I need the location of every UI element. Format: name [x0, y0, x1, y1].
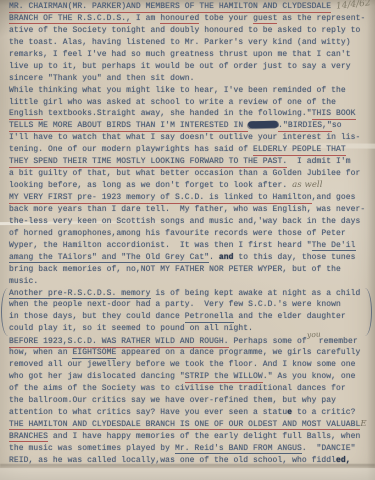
typed-text: . — [209, 253, 219, 262]
document-line: tening. One of our modern playwrights ha… — [9, 144, 372, 156]
typed-text: . "DANCIE" — [302, 444, 356, 453]
typed-text: a bit guilty of that, but what better oc… — [9, 169, 360, 178]
document-line: Wyper, the Hamilton accordionist. It was… — [9, 240, 372, 252]
typed-text: and I have happy memories of the early d… — [48, 432, 360, 441]
document-line: a bit guilty of that, but what better oc… — [9, 168, 372, 180]
document-line: BEFORE 1923,S.C.D. WAS RATHER WILD AND R… — [9, 335, 372, 347]
ink-underlined-text: amang the TAilors" and "The Old Grey Cat… — [9, 253, 209, 264]
ink-blot-icon — [248, 121, 278, 129]
red-underlined-text: THEY SPEND THEIR TIME MOSTLY LOOKING FOR… — [9, 157, 287, 168]
red-underlined-text: English — [9, 109, 43, 120]
typed-text: Perhaps some of — [229, 337, 307, 346]
typed-text: who got her jaw dislocated dancing " — [9, 372, 185, 381]
typed-text: tobe your — [199, 14, 253, 23]
typed-text: live up to it, but perhaps it would be o… — [9, 62, 351, 71]
red-underlined-text: ."BIRDIES," — [278, 121, 332, 132]
document-line: how, when an EIGHTSOME appeared on a dan… — [9, 347, 372, 359]
ink-underlined-text: Another pre-R.S.C.D.S. memory — [9, 289, 151, 300]
red-underlined-text: THIS BOOK — [312, 109, 356, 120]
typed-text: ative of the Society tonight and doubly … — [9, 26, 360, 35]
typed-text: when the people next-door had a party. V… — [9, 300, 341, 309]
ink-underlined-text: Petronella — [185, 312, 234, 323]
document-line: MR. CHAIRMAN(MR. PARKER)AND MEMBERS OF T… — [9, 1, 372, 13]
ink-underlined-text: The De'il — [312, 241, 356, 252]
document-line: in those days, but they could dance Petr… — [9, 311, 372, 323]
typed-text: attention to what critics say? Have you … — [9, 408, 287, 417]
document-line: of horned gramophones,among his favourit… — [9, 228, 372, 240]
red-underlined-text: BRANCH OF THE R.S.C.D.S., — [9, 14, 131, 25]
typed-text: ,and goes — [312, 193, 356, 202]
red-underlined-text: BEFORE 1923,S.C.D. WAS RATHER WILD AND R… — [9, 337, 229, 348]
red-underlined-text: BRANCHES — [9, 432, 48, 443]
document-line: the ballroom.Our critics say we have ove… — [9, 395, 372, 407]
document-line: MY VERY FIRST pre- 1923 memory of S.C.D.… — [9, 192, 372, 204]
red-underlined-text: TELLS ME MORE ABOUT BIRDS THAN I'M INTER… — [9, 121, 248, 132]
typed-text: the music was sometimes played by — [9, 444, 175, 453]
document-line: live up to it, but perhaps it would be o… — [9, 61, 372, 73]
document-line: ative of the Society tonight and doubly … — [9, 25, 372, 37]
document-line: looking before, as long as we don't forg… — [9, 180, 372, 192]
document-line: amang the TAilors" and "The Old Grey Cat… — [9, 252, 372, 264]
overstruck-bold-text: and — [219, 253, 234, 262]
red-underlined-text: MR. CHAIRMAN(MR. PARKER)AND MEMBERS OF T… — [9, 2, 331, 13]
document-line: of the aims of the Society was to civili… — [9, 383, 372, 395]
typed-text: and the elder daughter — [234, 312, 346, 321]
document-line: sincere "Thank you" and then sit down. — [9, 73, 372, 85]
typed-text: the toast. Alas, having listened to Mr. … — [9, 38, 351, 47]
red-underlined-text: STRIP the WILLOW — [185, 372, 263, 383]
typed-text: could play it, so it seemed to pound on … — [9, 324, 253, 333]
red-underlined-text: THE HAMILTON AND CLYDESDALE BRANCH IS ON… — [9, 420, 360, 431]
typed-text: back more years than I dare tell. My fat… — [9, 205, 365, 214]
typed-text: remarks, I feel I've had so much greatne… — [9, 50, 351, 59]
typed-text: Wyper, the Hamilton accordionist. It was… — [9, 241, 312, 250]
handwritten-parenthesis-left-icon — [1, 288, 11, 336]
document-line: attention to what critics say? Have you … — [9, 407, 372, 419]
handwritten-note: as well — [292, 180, 322, 190]
typed-text: music. — [9, 277, 38, 286]
typed-text: removed all our jewellery before we took… — [9, 360, 356, 369]
bottom-paper-strip — [0, 468, 375, 480]
document-line: music. — [9, 276, 372, 288]
ink-underlined-text: Mr. Reid's BAND FROM ANGUS — [175, 444, 302, 455]
document-line: the toast. Alas, having listened to Mr. … — [9, 37, 372, 49]
document-line: BRANCH OF THE R.S.C.D.S., I am honoured … — [9, 13, 372, 25]
red-underlined-text: guest — [253, 14, 277, 25]
typed-text: sincere "Thank you" and then sit down. — [9, 74, 194, 83]
document-line: when the people next-door had a party. V… — [9, 299, 372, 311]
document-line: THE HAMILTON AND CLYDESDALE BRANCH IS ON… — [9, 419, 372, 431]
typed-text: of the aims of the Society was to civili… — [9, 384, 346, 393]
typed-text: tening. One of our modern playwrights ha… — [9, 145, 253, 154]
typed-text: bring back memories of, no,NOT MY FATHER… — [9, 265, 341, 274]
typed-text: textbooks.Straight away, she handed in t… — [43, 109, 311, 118]
ink-underlined-text: EIGHTSOME — [72, 348, 116, 359]
red-underlined-text: MY VERY FIRST pre- 1923 memory of S.C.D.… — [9, 193, 312, 204]
typed-text: the-less very keen on Scottish songs and… — [9, 217, 360, 226]
typed-text: I admit I'm — [287, 157, 350, 166]
typed-text: I am — [131, 14, 160, 23]
typed-text: to a critic? — [292, 408, 355, 417]
document-line: English textbooks.Straight away, she han… — [9, 108, 372, 120]
typed-text: as the represent- — [277, 14, 365, 23]
typed-text: ." As you know, one — [263, 372, 356, 381]
document-line: the music was sometimes played by Mr. Re… — [9, 443, 372, 455]
document-line: I'll have to watch that what I say doesn… — [9, 132, 372, 144]
document-line: TELLS ME MORE ABOUT BIRDS THAN I'M INTER… — [9, 120, 372, 132]
handwritten-note: E — [360, 419, 366, 429]
document-line: removed all our jewellery before we took… — [9, 359, 372, 371]
red-underlined-text: honoured — [160, 14, 199, 25]
typed-text: how, when an — [9, 348, 72, 357]
document-line: who got her jaw dislocated dancing "STRI… — [9, 371, 372, 383]
document-line: back more years than I dare tell. My fat… — [9, 204, 372, 216]
typed-text: looking before, as long as we don't forg… — [9, 181, 292, 190]
document-line: BRANCHES and I have happy memories of th… — [9, 431, 372, 443]
document-line: remarks, I feel I've had so much greatne… — [9, 49, 372, 61]
typed-text: While thinking what you might like to he… — [9, 86, 346, 95]
document-line: the-less very keen on Scottish songs and… — [9, 216, 372, 228]
typed-text: appeared on a dance programme, we girls … — [116, 348, 360, 357]
typed-text: I'll have to watch that what I say doesn… — [9, 133, 360, 142]
typed-text: of horned gramophones,among his favourit… — [9, 229, 346, 238]
typed-text: to this day, those tunes — [234, 253, 356, 262]
red-underlined-text: ELDERLY PEOPLE THAT — [253, 145, 346, 156]
typed-text: the ballroom.Our critics say we have ove… — [9, 396, 336, 405]
scanned-document-page: MR. CHAIRMAN(MR. PARKER)AND MEMBERS OF T… — [0, 0, 375, 480]
typed-text: remember — [319, 337, 358, 346]
document-line: While thinking what you might like to he… — [9, 85, 372, 97]
handwritten-insertion: you — [306, 329, 319, 342]
typed-text: in those days, but they could dance — [9, 312, 185, 321]
document-line: THEY SPEND THEIR TIME MOSTLY LOOKING FOR… — [9, 156, 372, 168]
typed-text: so — [332, 121, 342, 130]
typed-text: little girl who was asked at school to w… — [9, 98, 336, 107]
document-line: bring back memories of, no,NOT MY FATHER… — [9, 264, 372, 276]
typed-text: is of being kept awake at night as a chi… — [151, 289, 361, 298]
typewritten-text-block: MR. CHAIRMAN(MR. PARKER)AND MEMBERS OF T… — [9, 1, 372, 467]
document-line: little girl who was asked at school to w… — [9, 97, 372, 109]
document-line: Another pre-R.S.C.D.S. memory is of bein… — [9, 288, 372, 300]
